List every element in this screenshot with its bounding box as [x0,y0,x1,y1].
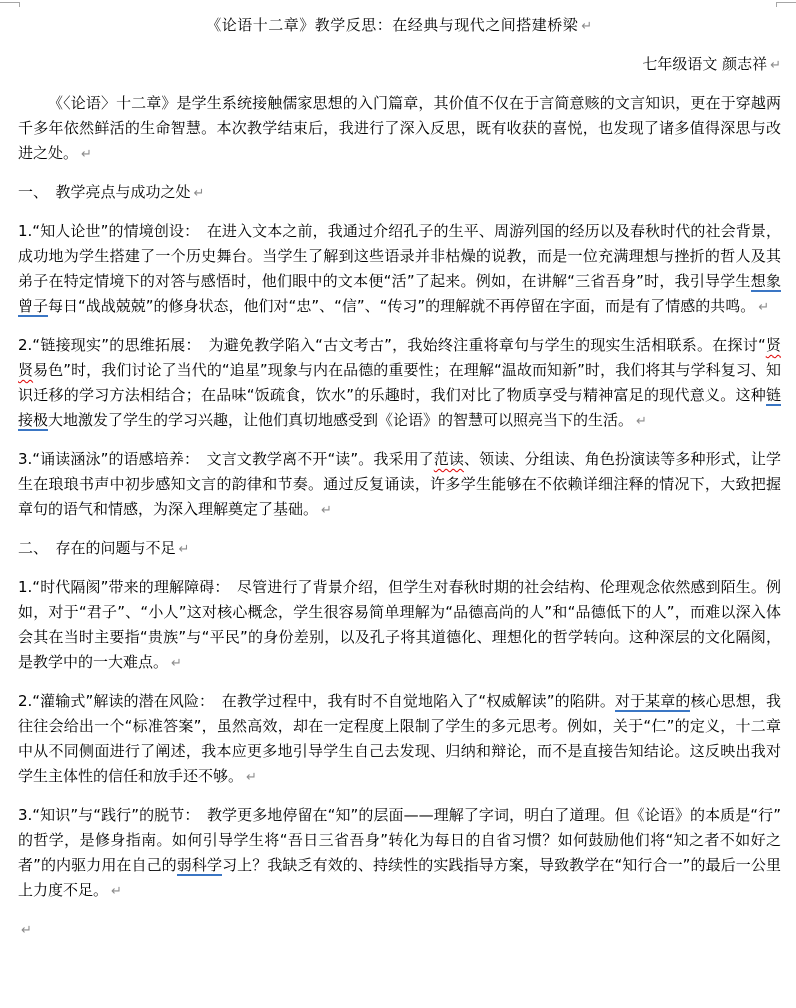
document-body: 《〈论语〉十二章》是学生系统接触儒家思想的入门篇章，其价值不仅在于言简意赅的文言… [18,91,781,943]
paragraph-mark: ↵ [767,58,781,73]
paragraph-mark: ↵ [755,300,769,315]
section-heading-1: 一、 教学亮点与成功之处↵ [18,180,781,206]
page-margin-mark-top-right [776,2,796,7]
page-margin-mark-top-left [0,2,20,7]
paragraph-text: 易色”时，我们讨论了当代的“追星”现象与内在品德的重要性；在理解“温故而知新”时… [18,361,781,404]
intro-paragraph: 《〈论语〉十二章》是学生系统接触儒家思想的入门篇章，其价值不仅在于言简意赅的文言… [18,91,781,167]
paragraph-text: 每日“战战兢兢”的修身状态，他们对“忠”、“信”、“传习”的理解就不再停留在字面… [48,297,755,315]
paragraph-mark: ↵ [578,19,592,34]
paragraph-text: 一、 教学亮点与成功之处 [18,183,191,201]
section-heading-2: 二、 存在的问题与不足↵ [18,536,781,562]
paragraph-text: 二、 存在的问题与不足 [18,539,176,557]
spelling-flagged-text: 范读 [434,450,464,468]
byline: 七年级语文 颜志祥↵ [18,52,781,78]
paragraph-mark: ↵ [78,147,92,162]
paragraph-text: 3.“诵读涵泳”的语感培养： 文言文教学离不开“读”。我采用了 [18,450,434,468]
byline-text: 七年级语文 颜志祥 [642,55,767,73]
paragraph-mark: ↵ [243,770,257,785]
document-title-text: 《论语十二章》教学反思：在经典与现代之间搭建桥梁 [206,16,578,34]
paragraph-mark: ↵ [633,414,647,429]
highlight-paragraph-1: 1.“知人论世”的情境创设： 在进入文本之前，我通过介绍孔子的生平、周游列国的经… [18,219,781,320]
grammar-flagged-text: 对于某章的 [615,692,691,712]
paragraph-mark: ↵ [191,186,205,201]
document-title: 《论语十二章》教学反思：在经典与现代之间搭建桥梁↵ [18,13,781,39]
problem-paragraph-2: 2.“灌输式”解读的潜在风险： 在教学过程中，我有时不自觉地陷入了“权威解读”的… [18,689,781,790]
problem-paragraph-3: 3.“知识”与“践行”的脱节： 教学更多地停留在“知”的层面——理解了字词，明白… [18,803,781,904]
highlight-paragraph-2: 2.“链接现实”的思维拓展： 为避免教学陷入“古文考古”，我始终注重将章句与学生… [18,333,781,434]
paragraph-mark: ↵ [18,923,32,938]
paragraph-mark: ↵ [176,542,190,557]
paragraph-text: 1.“时代隔阂”带来的理解障碍： 尽管进行了背景介绍，但学生对春秋时期的社会结构… [18,578,781,671]
empty-paragraph: ↵ [18,917,781,943]
paragraph-text: 1.“知人论世”的情境创设： 在进入文本之前，我通过介绍孔子的生平、周游列国的经… [18,222,781,290]
document-page: 《论语十二章》教学反思：在经典与现代之间搭建桥梁↵ 七年级语文 颜志祥↵ 《〈论… [0,0,796,1008]
paragraph-mark: ↵ [108,884,122,899]
paragraph-text: 2.“灌输式”解读的潜在风险： 在教学过程中，我有时不自觉地陷入了“权威解读”的… [18,692,615,710]
paragraph-text: 2.“链接现实”的思维拓展： 为避免教学陷入“古文考古”，我始终注重将章句与学生… [18,336,766,354]
grammar-flagged-text: 弱科学 [177,856,222,876]
problem-paragraph-1: 1.“时代隔阂”带来的理解障碍： 尽管进行了背景介绍，但学生对春秋时期的社会结构… [18,575,781,676]
paragraph-text: 《〈论语〉十二章》是学生系统接触儒家思想的入门篇章，其价值不仅在于言简意赅的文言… [18,94,781,162]
paragraph-mark: ↵ [168,656,182,671]
paragraph-text: 大地激发了学生的学习兴趣，让他们真切地感受到《论语》的智慧可以照亮当下的生活。 [48,411,633,429]
highlight-paragraph-3: 3.“诵读涵泳”的语感培养： 文言文教学离不开“读”。我采用了范读、领读、分组读… [18,447,781,523]
paragraph-mark: ↵ [318,503,332,518]
